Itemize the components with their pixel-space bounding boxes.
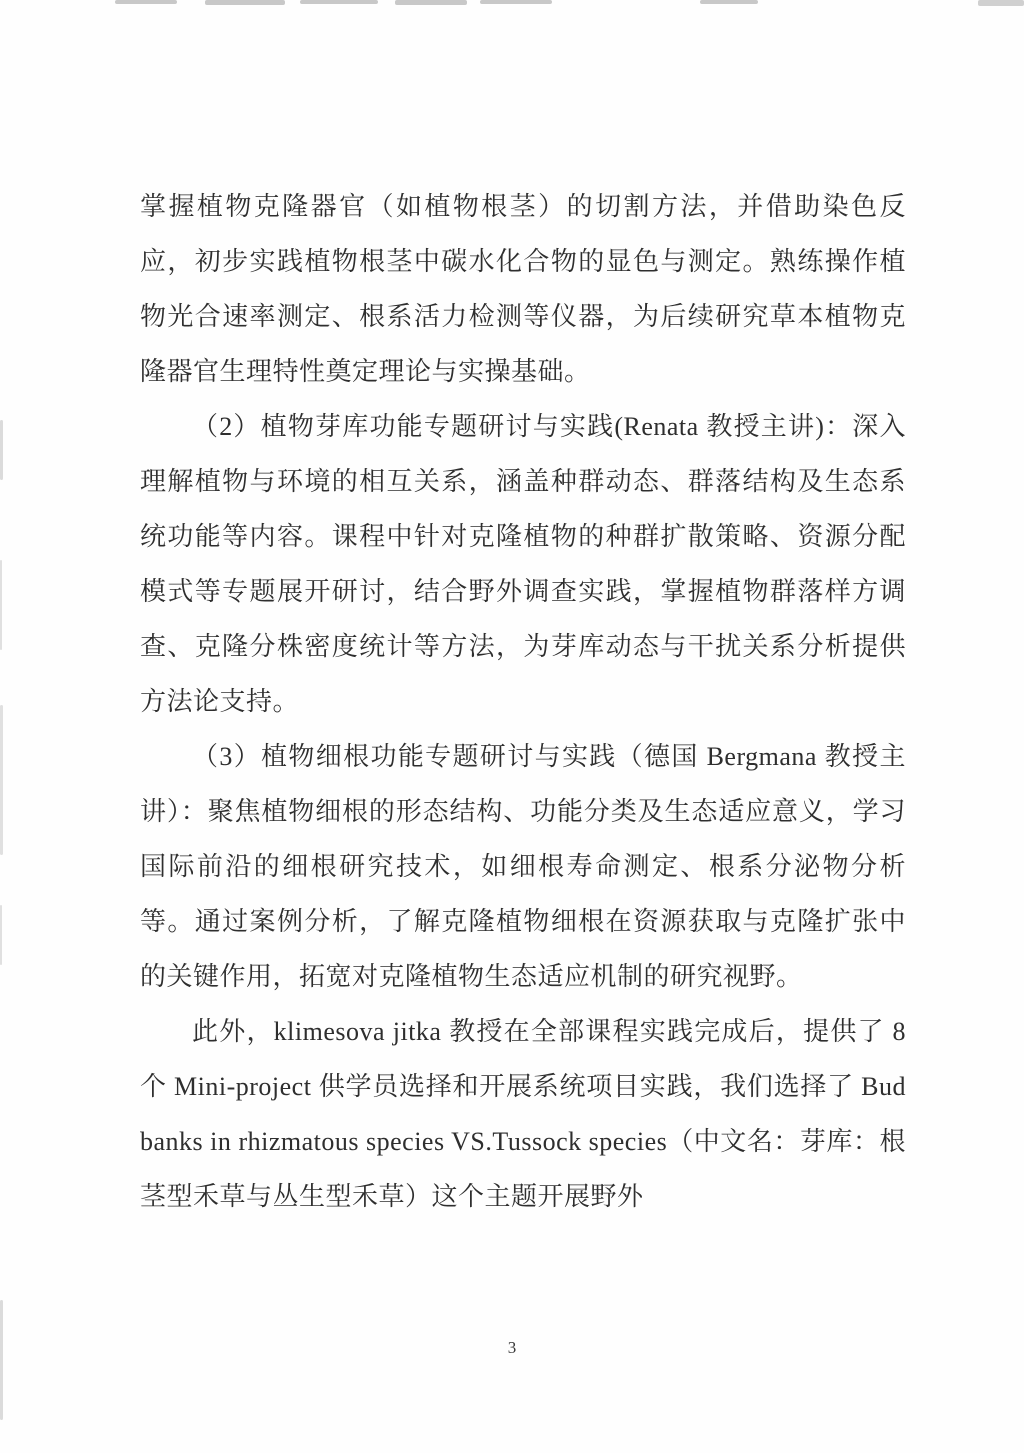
scan-artifact (0, 1300, 3, 1420)
scan-artifact (0, 420, 3, 480)
scan-artifact (395, 0, 467, 5)
paragraph-section-2: （2）植物芽库功能专题研讨与实践(Renata 教授主讲)：深入理解植物与环境的… (140, 399, 906, 729)
document-page: 掌握植物克隆器官（如植物根茎）的切割方法，并借助染色反应，初步实践植物根茎中碳水… (0, 0, 1024, 1453)
body-text: 掌握植物克隆器官（如植物根茎）的切割方法，并借助染色反应，初步实践植物根茎中碳水… (140, 179, 906, 1224)
paragraph-section-3: （3）植物细根功能专题研讨与实践（德国 Bergmana 教授主讲）：聚焦植物细… (140, 729, 906, 1004)
scan-artifact (205, 0, 285, 5)
scan-artifact (978, 0, 1024, 6)
scan-artifact (0, 705, 3, 855)
scan-artifact (480, 0, 552, 4)
scan-artifact (0, 560, 2, 650)
page-number: 3 (0, 1338, 1024, 1358)
scan-artifact (300, 0, 378, 4)
scan-artifact (0, 905, 2, 965)
paragraph-miniproject: 此外，klimesova jitka 教授在全部课程实践完成后，提供了 8 个 … (140, 1004, 906, 1224)
paragraph-continuation: 掌握植物克隆器官（如植物根茎）的切割方法，并借助染色反应，初步实践植物根茎中碳水… (140, 179, 906, 399)
scan-artifact (115, 0, 177, 4)
scan-artifact (700, 0, 758, 4)
